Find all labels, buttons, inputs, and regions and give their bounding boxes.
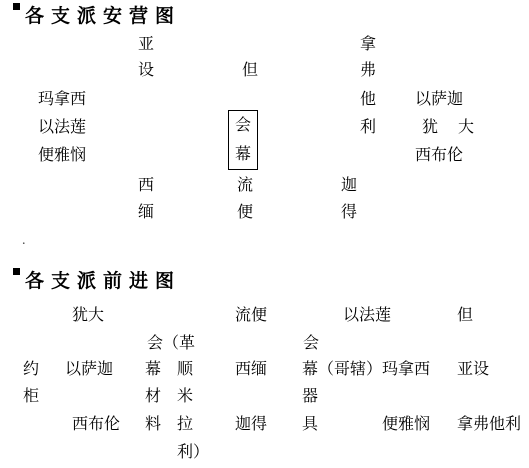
tribe-label: 利） (177, 445, 209, 461)
tribe-label: 顺 (177, 362, 193, 378)
tribe-label: 约 (23, 362, 39, 378)
tribe-label: 犹大 (72, 308, 104, 324)
tribe-label: 便雅悯 (382, 417, 430, 433)
tribe-label: 米 (177, 389, 193, 405)
tribe-label: 拿弗他利 (457, 417, 521, 433)
tribe-label: 西布伦 (72, 417, 120, 433)
tribe-label: 亚设 (457, 362, 489, 378)
tribe-label: 柜 (23, 389, 39, 405)
tribe-label: 会（革 (147, 336, 195, 352)
tribe-label: 幕 (145, 362, 161, 378)
tribe-label: 流便 (235, 308, 267, 324)
tribe-label: 材 (145, 389, 161, 405)
tribe-label: 迦得 (235, 417, 267, 433)
tribe-label: 器 (302, 389, 318, 405)
tribe-label: 幕（哥辖）玛拿西 (302, 362, 430, 378)
tribe-label: 以法莲 (343, 308, 391, 324)
tribe-label: 会 (303, 336, 319, 352)
tribe-label: 料 (145, 417, 161, 433)
march-diagram: 犹大流便以法莲但会（革会约以萨迦幕顺西缅幕（哥辖）玛拿西亚设柜材米器西布伦料拉迦… (0, 0, 529, 468)
tribe-label: 但 (457, 308, 473, 324)
tribe-label: 具 (302, 417, 318, 433)
tribe-label: 以萨迦 (65, 362, 113, 378)
document-page: { "page": { "background_color": "#ffffff… (0, 0, 529, 468)
tribe-label: 拉 (177, 417, 193, 433)
tribe-label: 西缅 (235, 362, 267, 378)
